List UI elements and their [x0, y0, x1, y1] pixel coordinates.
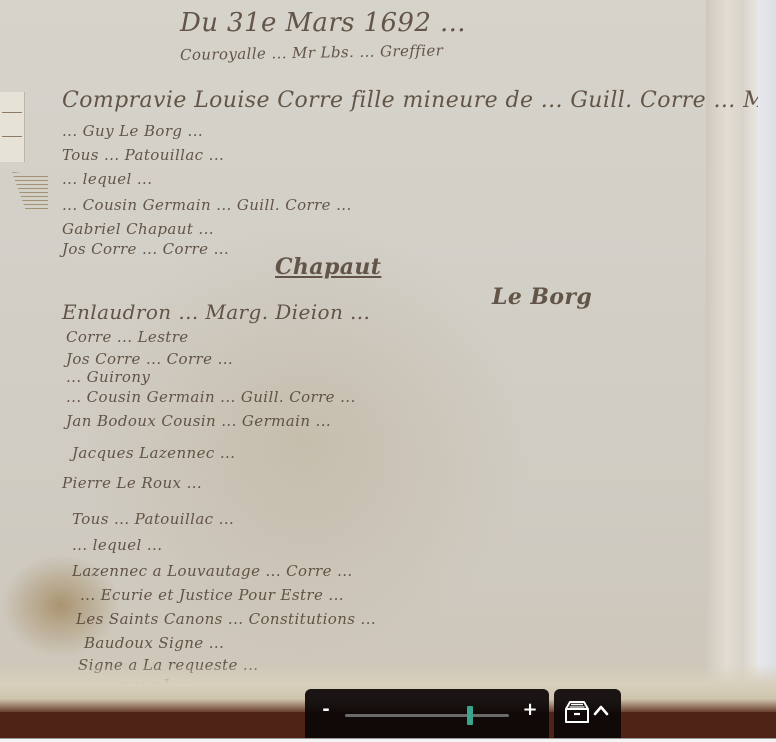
tray-toggle-button[interactable] — [554, 689, 621, 738]
manuscript-line: Jos Corre ... Corre ... — [66, 350, 233, 368]
manuscript-line: Corre ... Lestre — [66, 328, 189, 346]
chevron-up-icon — [593, 703, 609, 717]
signature-le-borg: Le Borg — [492, 284, 592, 310]
zoom-control-bar: - + — [305, 689, 549, 738]
manuscript-line: Pierre Le Roux ... — [62, 474, 202, 492]
manuscript-line: Tous ... Patouillac ... — [62, 146, 224, 164]
manuscript-page-image[interactable]: Du 31e Mars 1692 ... Couroyalle ... Mr L… — [0, 0, 758, 712]
manuscript-line: ... lequel ... — [62, 170, 152, 188]
manuscript-line: Jos Corre ... Corre ... — [62, 240, 229, 258]
manuscript-line: ... Ecurie et Justice Pour Estre ... — [80, 586, 344, 604]
paper-scrap-fragment — [0, 92, 25, 162]
background-edge — [758, 0, 776, 712]
signature-chapaut: Chapaut — [275, 254, 381, 280]
bottom-border — [0, 738, 776, 742]
manuscript-heading: Du 31e Mars 1692 ... — [180, 8, 466, 38]
manuscript-line: Jacques Lazennec ... — [72, 444, 235, 462]
manuscript-line: ... Guy Le Borg ... — [62, 122, 203, 140]
zoom-in-button[interactable]: + — [519, 699, 541, 721]
manuscript-line: ... Guirony — [66, 368, 150, 386]
manuscript-line: ... lequel ... — [72, 536, 162, 554]
document-viewer[interactable]: Du 31e Mars 1692 ... Couroyalle ... Mr L… — [0, 0, 776, 738]
manuscript-line: Compravie Louise Corre fille mineure de … — [62, 88, 776, 113]
archive-drawer-icon — [564, 699, 590, 725]
margin-flourish — [12, 172, 48, 212]
manuscript-line: Jan Bodoux Cousin ... Germain ... — [66, 412, 331, 430]
zoom-slider-thumb[interactable] — [467, 706, 473, 725]
manuscript-line: Enlaudron ... Marg. Dieion ... — [62, 300, 370, 324]
manuscript-line: Lazennec a Louvautage ... Corre ... — [72, 562, 353, 580]
manuscript-line: Baudoux Signe ... — [84, 634, 224, 652]
manuscript-line: ... Cousin Germain ... Guill. Corre ... — [66, 388, 356, 406]
manuscript-line: Gabriel Chapaut ... — [62, 220, 214, 238]
zoom-slider-track[interactable] — [345, 714, 509, 717]
manuscript-line: Les Saints Canons ... Constitutions ... — [76, 610, 376, 628]
zoom-out-button[interactable]: - — [315, 699, 337, 721]
manuscript-line: Couroyalle ... Mr Lbs. ... Greffier — [180, 41, 444, 64]
manuscript-line: ... Cousin Germain ... Guill. Corre ... — [62, 196, 352, 214]
manuscript-line: Tous ... Patouillac ... — [72, 510, 234, 528]
